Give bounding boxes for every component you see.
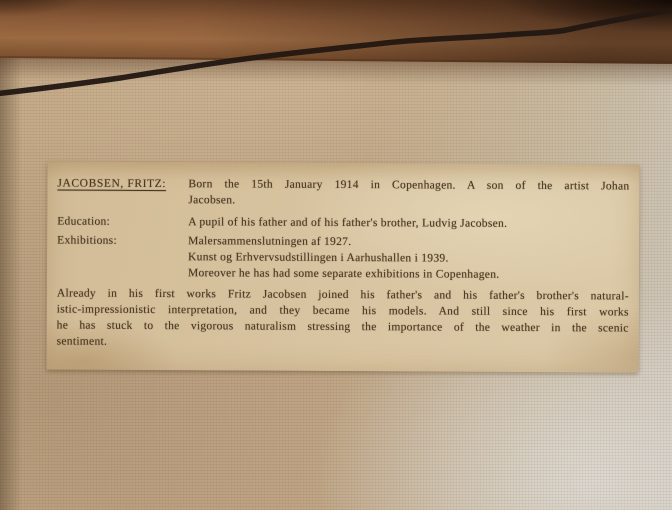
education-description: A pupil of his father and of his father'… [188, 214, 629, 232]
label-text-line: Born the 15th January 1914 in Copenhagen… [188, 176, 629, 194]
typed-label: JACOBSEN, FRITZ: Born the 15th January 1… [46, 161, 639, 372]
education-term: Education: [57, 214, 188, 231]
label-row-name: JACOBSEN, FRITZ: Born the 15th January 1… [57, 176, 629, 211]
exhibitions-description: Malersammenslutningen af 1927. Kunst og … [188, 233, 629, 283]
label-text-line: sentiment. [57, 334, 629, 353]
label-text-line: Jacobsen. [188, 192, 629, 210]
photo-back-of-painting: JACOBSEN, FRITZ: Born the 15th January 1… [0, 0, 672, 510]
label-text-line: he has stuck to the vigorous naturalism … [57, 318, 629, 337]
label-text-line: A pupil of his father and of his father'… [188, 214, 629, 232]
label-text-line: Moreover he has had some separate exhibi… [188, 265, 629, 283]
label-row-exhibitions: Exhibitions: Malersammenslutningen af 19… [57, 233, 629, 284]
artist-name-heading: JACOBSEN, FRITZ: [57, 176, 188, 209]
label-biography-paragraph: Already in his first works Fritz Jacobse… [57, 286, 629, 353]
label-row-education: Education: A pupil of his father and of … [57, 214, 629, 233]
exhibitions-term: Exhibitions: [57, 233, 188, 282]
artist-name-description: Born the 15th January 1914 in Copenhagen… [188, 176, 629, 210]
